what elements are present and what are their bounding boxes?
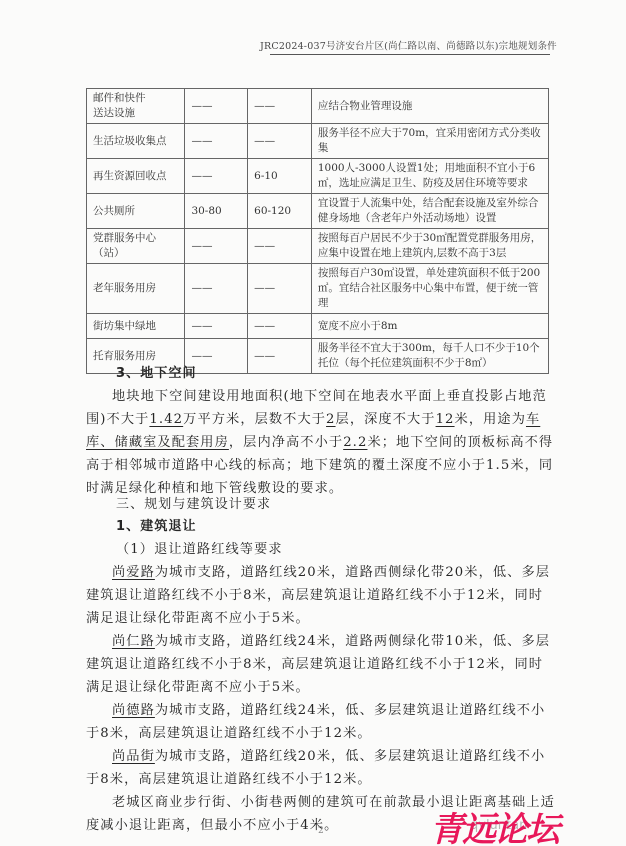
cell-c3: ——: [248, 124, 312, 159]
road-name: 尚仁路: [112, 634, 155, 649]
road-name: 尚爱路: [112, 565, 155, 580]
facility-name: 再生资源回收点: [87, 159, 185, 194]
table-row: 邮件和快件 送达设施 —— —— 应结合物业管理设施: [87, 89, 549, 124]
cell-requirement: 按照每百户30㎡设置，单处建筑面积不低于200㎡。宜结合社区服务中心集中布置，便…: [311, 264, 548, 314]
cell-c2: ——: [185, 229, 248, 264]
cell-requirement: 1000人-3000人设置1处；用地面积不宜小于6㎡，选址应满足卫生、防疫及居住…: [311, 159, 548, 194]
page-number: 2: [318, 826, 324, 836]
underground-heading: 3、地下空间: [116, 362, 586, 385]
cell-c3: ——: [248, 89, 312, 124]
cell-requirement: 宽度不应小于8m: [311, 314, 548, 339]
floors-value: 2: [326, 412, 336, 427]
cell-requirement: 服务半径不应大于70m，宜采用密闭方式分类收集: [311, 124, 548, 159]
table-row: 街坊集中绿地 —— —— 宽度不应小于8m: [87, 314, 549, 339]
underground-paragraph: 地块地下空间建设用地面积(地下空间在地表水平面上垂直投影占地范围)不大于1.42…: [86, 385, 556, 500]
facility-name: 老年服务用房: [87, 264, 185, 314]
table-row: 再生资源回收点 —— 6-10 1000人-3000人设置1处；用地面积不宜小于…: [87, 159, 549, 194]
table-row: 党群服务中心（站） —— —— 按照每百户居民不少于30㎡配置党群服务用房，应集…: [87, 229, 549, 264]
table-row: 生活垃圾收集点 —— —— 服务半径不应大于70m，宜采用密闭方式分类收集: [87, 124, 549, 159]
setback-subheading: （1）退让道路红线等要求: [116, 538, 586, 561]
facility-name: 生活垃圾收集点: [87, 124, 185, 159]
cell-c3: ——: [248, 314, 312, 339]
facilities-table: 邮件和快件 送达设施 —— —— 应结合物业管理设施 生活垃圾收集点 —— ——…: [86, 88, 549, 374]
setback-heading: 1、建筑退让: [116, 515, 586, 538]
document-header: JRC2024-037号济安台片区(尚仁路以南、尚德路以东)宗地规划条件: [260, 38, 550, 52]
cell-c2: ——: [185, 314, 248, 339]
cell-requirement: 应结合物业管理设施: [311, 89, 548, 124]
table-row: 公共厕所 30-80 60-120 宜设置于人流集中处，结合配套设施及室外综合健…: [87, 194, 549, 229]
cell-c2: ——: [185, 124, 248, 159]
facility-name: 公共厕所: [87, 194, 185, 229]
cell-requirement: 宜设置于人流集中处，结合配套设施及室外综合健身场地（含老年户外活动场地）设置: [311, 194, 548, 229]
facility-name: 街坊集中绿地: [87, 314, 185, 339]
height-value: 2.2: [343, 435, 367, 450]
depth-value: 12: [436, 412, 455, 427]
cell-c3: ——: [248, 264, 312, 314]
cell-c3: 60-120: [248, 194, 312, 229]
cell-c2: ——: [185, 264, 248, 314]
road-paragraph: 尚德路为城市支路，道路红线24米，低、多层建筑退让道路红线不小于8米，高层建筑退…: [86, 699, 556, 745]
road-paragraph: 尚仁路为城市支路，道路红线24米，道路两侧绿化带10米，低、多层建筑退让道路红线…: [86, 630, 556, 699]
cell-requirement: 按照每百户居民不少于30㎡配置党群服务用房，应集中设置在地上建筑内,层数不高于3…: [311, 229, 548, 264]
watermark-logo: 青远论坛: [430, 802, 558, 846]
area-value: 1.42: [149, 412, 183, 427]
facility-name: 邮件和快件 送达设施: [87, 89, 185, 124]
cell-c2: ——: [185, 159, 248, 194]
cell-c2: 30-80: [185, 194, 248, 229]
section-heading: 三、规划与建筑设计要求: [116, 493, 586, 516]
header-rule: [270, 54, 550, 55]
road-name: 尚品街: [112, 749, 155, 764]
cell-c3: ——: [248, 229, 312, 264]
road-name: 尚德路: [112, 703, 155, 718]
road-paragraph: 尚品街为城市支路，道路红线20米，低、多层建筑退让道路红线不小于8米，高层建筑退…: [86, 745, 556, 791]
cell-c2: ——: [185, 89, 248, 124]
cell-c3: 6-10: [248, 159, 312, 194]
table-row: 老年服务用房 —— —— 按照每百户30㎡设置，单处建筑面积不低于200㎡。宜结…: [87, 264, 549, 314]
road-paragraph: 尚爱路为城市支路，道路红线20米，道路西侧绿化带20米，低、多层建筑退让道路红线…: [86, 561, 556, 630]
facility-name: 党群服务中心（站）: [87, 229, 185, 264]
